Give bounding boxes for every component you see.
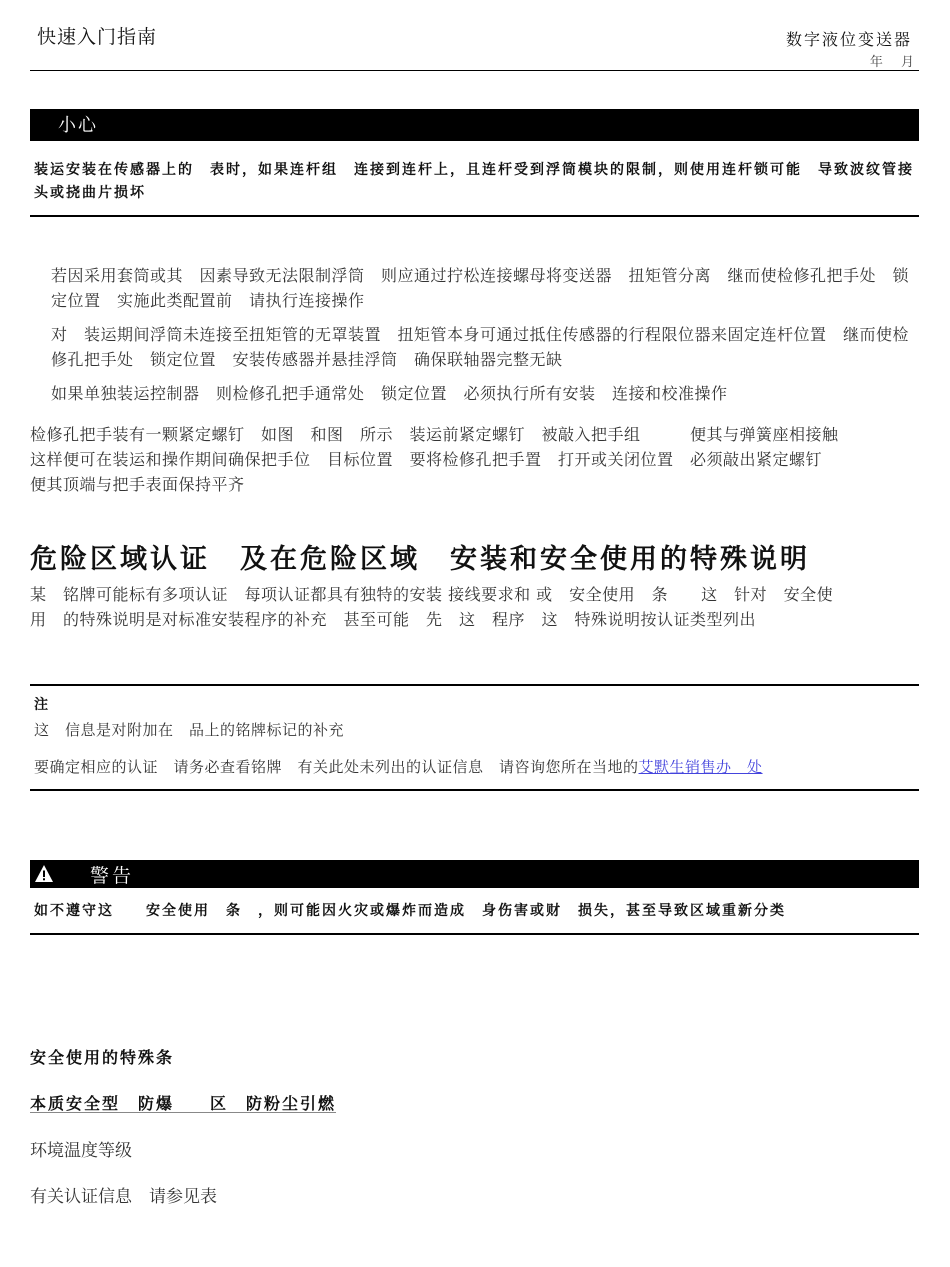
emerson-sales-office-link[interactable]: 艾默生销售办 处 [639,758,763,776]
note-line-2: 要确定相应的认证 请务必查看铭牌 有关此处未列出的认证信息 请咨询您所在当地的艾… [34,756,763,777]
warning-banner: 警告 [30,860,919,888]
paragraph-sleeve: 若因采用套筒或其 因素导致无法限制浮筒 则应通过拧松连接螺母将变送器 扭矩管分离… [51,263,921,313]
hazardous-intro-line-1: 某 铭牌可能标有多项认证 每项认证都具有独特的安装 接线要求和 或 安全使用 条… [30,582,920,607]
note-label: 注 [34,694,48,714]
paragraph-controller: 如果单独装运控制器 则检修孔把手通常处 锁定位置 必须执行所有安装 连接和校准操… [51,381,921,406]
hazardous-heading: 危险区域认证 及在危险区域 安装和安全使用的特殊说明 [30,537,810,576]
warning-text: 如不遵守这 安全使用 条 ，则可能因火灾或爆炸而造成 身伤害或财 损失，甚至导致… [34,900,786,923]
intrinsic-safety-subtitle: 本质安全型 防爆 区 防粉尘引燃 [30,1091,336,1114]
note-top-divider [30,684,919,686]
paragraph-set-screw: 检修孔把手装有一颗紧定螺钉 如图 和图 所示 装运前紧定螺钉 被敲入把手组 便其… [30,422,920,497]
special-conditions-title: 安全使用的特殊条 [30,1045,174,1068]
hazardous-intro-line-2: 用 的特殊说明是对标准安装程序的补充 甚至可能 先 这 程序 这 特殊说明按认证… [30,607,920,632]
header-divider [30,70,919,71]
set-screw-line-1: 检修孔把手装有一颗紧定螺钉 如图 和图 所示 装运前紧定螺钉 被敲入把手组 便其… [30,422,920,447]
ambient-temperature-label: 环境温度等级 [30,1136,132,1161]
caution-label: 小心 [58,111,98,137]
caution-banner: 小心 [30,109,919,141]
note-line-2-text: 要确定相应的认证 请务必查看铭牌 有关此处未列出的认证信息 请咨询您所在当地的 [34,758,639,776]
certification-reference: 有关认证信息 请参见表 [30,1182,217,1207]
paragraph-unguarded: 对 装运期间浮筒未连接至扭矩管的无罩装置 扭矩管本身可通过抵住传感器的行程限位器… [51,322,921,372]
set-screw-line-2: 这样便可在装运和操作期间确保把手位 目标位置 要将检修孔把手置 打开或关闭位置 … [30,447,920,472]
warning-divider [30,933,919,935]
note-bottom-divider [30,789,919,791]
warning-label: 警告 [90,861,134,888]
caution-text: 装运安装在传感器上的 表时，如果连杆组 连接到连杆上，且连杆受到浮筒模块的限制，… [34,159,919,205]
hazardous-intro: 某 铭牌可能标有多项认证 每项认证都具有独特的安装 接线要求和 或 安全使用 条… [30,582,920,632]
set-screw-line-3: 便其顶端与把手表面保持平齐 [30,472,920,497]
caution-divider [30,215,919,217]
product-name: 数字液位变送器 [786,27,912,50]
note-line-1: 这 信息是对附加在 品上的铭牌标记的补充 [34,719,344,740]
publication-date: 年 月 [870,51,916,70]
warning-triangle-icon [34,864,54,884]
document-title: 快速入门指南 [37,22,157,49]
